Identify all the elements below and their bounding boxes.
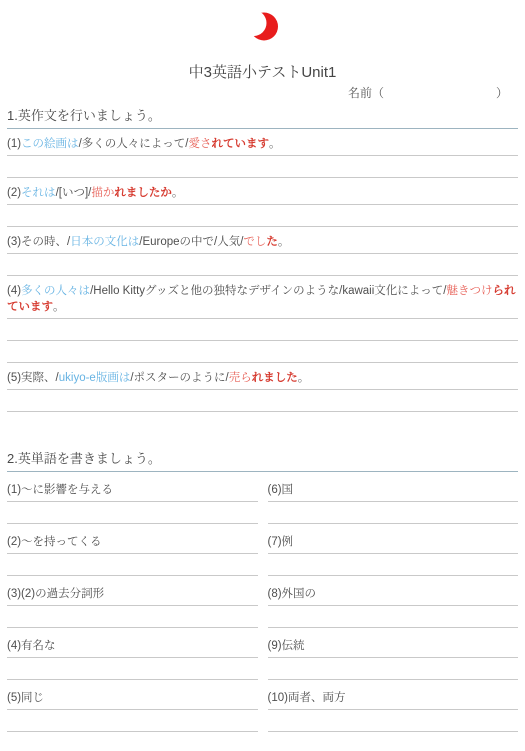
question-item-1: (1)この絵画は/多くの人々によって/愛されています。 [7, 129, 518, 178]
segment-middle: /Hello Kittyグッズと他の独特なデザインのような/kawaii文化によ… [90, 285, 446, 297]
word-item-label: (8)外国の [268, 576, 519, 606]
word-item-label: (3)(2)の過去分詞形 [7, 576, 258, 606]
segment-subject: 日本の文化は [70, 236, 139, 248]
segment-period: 。 [298, 372, 310, 384]
segment-verb-bold: れています [211, 138, 269, 150]
answer-line [7, 502, 258, 524]
answer-line [7, 341, 518, 363]
segment-verb: 愛さ [188, 138, 211, 150]
segment-number: (3)その時、/ [7, 236, 70, 248]
segment-subject: この絵画は [21, 138, 79, 150]
segment-middle: /多くの人々によって/ [79, 138, 189, 150]
answer-line [268, 606, 519, 628]
segment-number: (1) [7, 138, 21, 150]
segment-middle: /Europeの中で/人気/ [139, 236, 243, 248]
word-item-label: (9)伝統 [268, 628, 519, 658]
word-item-label: (7)例 [268, 524, 519, 554]
segment-period: 。 [278, 236, 290, 248]
word-item-label: (1)〜に影響を与える [7, 472, 258, 502]
segment-verb-bold: れました [252, 372, 298, 384]
worksheet-page: 中3英語小テストUnit1 名前（） 1.英作文を行いましょう。 (1)この絵画… [0, 0, 525, 751]
segment-verb-bold: れましたか [114, 187, 172, 199]
segment-verb: 売ら [229, 372, 252, 384]
name-label: 名前（ [348, 85, 384, 101]
answer-line [7, 710, 258, 732]
answer-line [7, 390, 518, 412]
question-text: (3)その時、/日本の文化は/Europeの中で/人気/でした。 [7, 227, 518, 254]
answer-line [268, 658, 519, 680]
segment-verb: でし [243, 236, 266, 248]
segment-subject: それは [21, 187, 56, 199]
segment-period: 。 [53, 301, 65, 313]
segment-number: (4) [7, 285, 21, 297]
word-item-label: (6)国 [268, 472, 519, 502]
answer-line [7, 205, 518, 227]
answer-line [268, 710, 519, 732]
segment-subject: 多くの人々は [21, 285, 90, 297]
vocabulary-grid: (1)〜に影響を与える (2)〜を持ってくる (3)(2)の過去分詞形 (4)有… [7, 472, 518, 732]
question-text: (5)実際、/ukiyo-e版画は/ポスターのように/売られました。 [7, 363, 518, 390]
answer-line [7, 319, 518, 341]
question-text: (1)この絵画は/多くの人々によって/愛されています。 [7, 129, 518, 156]
segment-number: (5)実際、/ [7, 372, 59, 384]
answer-line [7, 606, 258, 628]
answer-line [7, 554, 258, 576]
segment-verb-bold: た [266, 236, 278, 248]
segment-verb: 魅きつけ [447, 285, 493, 297]
name-close-paren: ） [496, 85, 508, 101]
segment-middle: /ポスターのように/ [130, 372, 228, 384]
answer-line [7, 658, 258, 680]
segment-subject: ukiyo-e版画は [59, 372, 131, 384]
crescent-moon-icon [248, 10, 278, 43]
word-item-label: (10)両者、両方 [268, 680, 519, 710]
section1-heading: 1.英作文を行いましょう。 [7, 103, 518, 129]
section2-heading: 2.英単語を書きましょう。 [7, 446, 518, 472]
segment-period: 。 [269, 138, 281, 150]
answer-line [268, 554, 519, 576]
page-title: 中3英語小テストUnit1 [7, 63, 518, 83]
answer-line [7, 254, 518, 276]
question-item-2: (2)それは/[いつ]/描かれましたか。 [7, 178, 518, 227]
vocab-column-left: (1)〜に影響を与える (2)〜を持ってくる (3)(2)の過去分詞形 (4)有… [7, 472, 258, 732]
question-text: (2)それは/[いつ]/描かれましたか。 [7, 178, 518, 205]
answer-line [268, 502, 519, 524]
segment-middle: /[いつ]/ [56, 187, 92, 199]
question-item-3: (3)その時、/日本の文化は/Europeの中で/人気/でした。 [7, 227, 518, 276]
word-item-label: (4)有名な [7, 628, 258, 658]
name-blank-space [384, 100, 496, 101]
segment-period: 。 [172, 187, 184, 199]
question-item-5: (5)実際、/ukiyo-e版画は/ポスターのように/売られました。 [7, 363, 518, 412]
segment-verb: 描か [91, 187, 114, 199]
name-field-row: 名前（） [7, 85, 518, 101]
vocab-column-right: (6)国 (7)例 (8)外国の (9)伝統 (10)両者、両方 [268, 472, 519, 732]
word-item-label: (2)〜を持ってくる [7, 524, 258, 554]
word-item-label: (5)同じ [7, 680, 258, 710]
segment-number: (2) [7, 187, 21, 199]
answer-line [7, 156, 518, 178]
question-text: (4)多くの人々は/Hello Kittyグッズと他の独特なデザインのような/k… [7, 276, 518, 319]
question-item-4: (4)多くの人々は/Hello Kittyグッズと他の独特なデザインのような/k… [7, 276, 518, 363]
